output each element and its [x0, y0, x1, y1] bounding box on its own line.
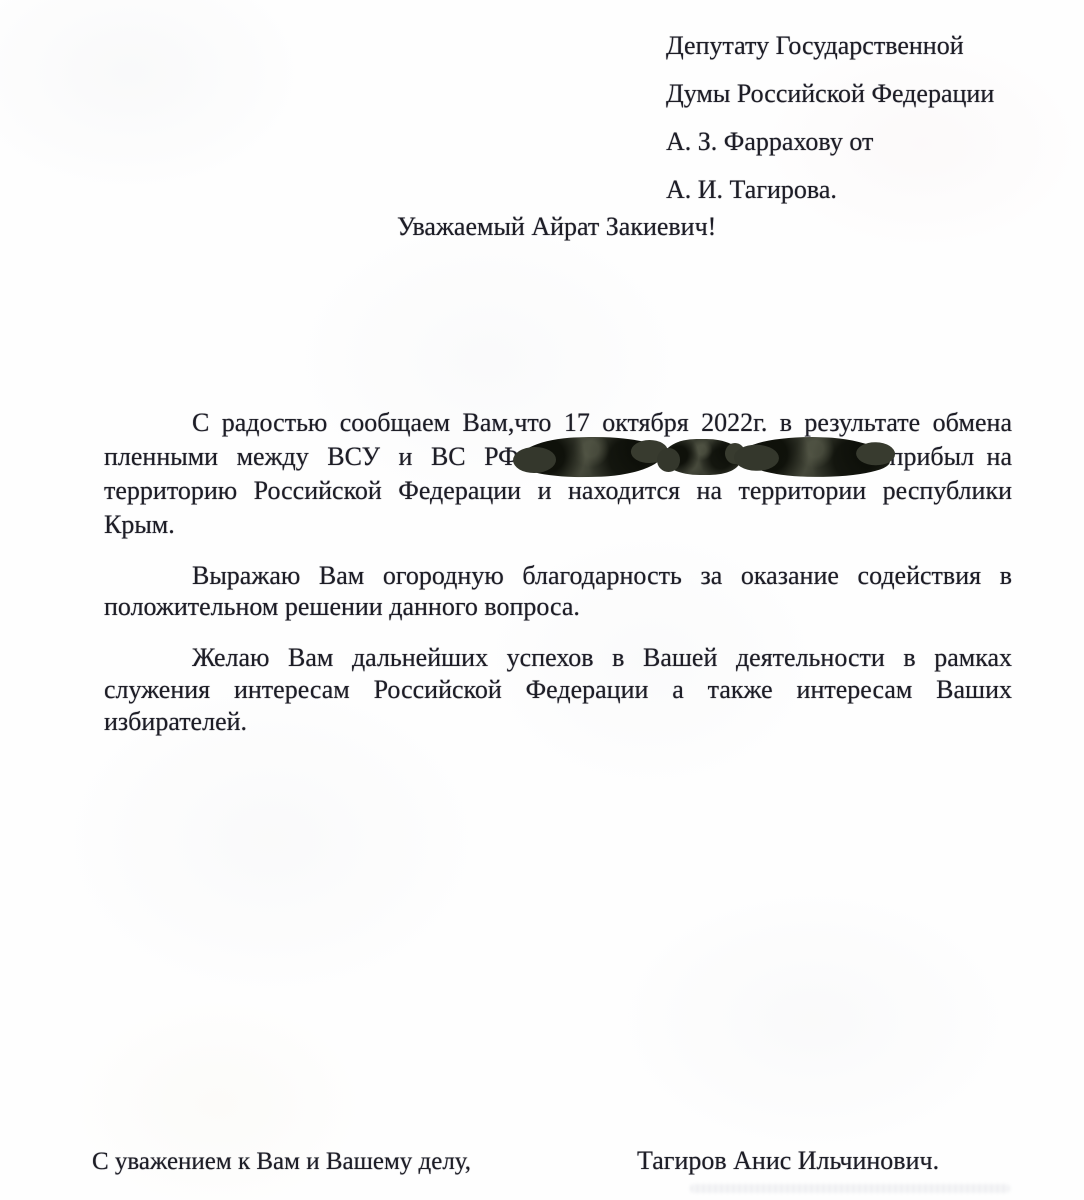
redaction-scribble-icon [518, 436, 663, 479]
body-line: С радостью сообщаем Вам,что 17 октября 2… [104, 406, 1012, 440]
recipient-block: Депутату Государственной Думы Российской… [666, 22, 994, 214]
closing-respect-line: С уважением к Вам и Вашему делу, [92, 1148, 471, 1176]
body-line: избирателей. [104, 706, 1012, 738]
salutation: Уважаемый Айрат Закиевич! [397, 212, 716, 242]
recipient-line-2: Думы Российской Федерации [666, 70, 994, 118]
signature-name: Тагиров Анис Ильчинович. [637, 1146, 939, 1176]
body-line: Выражаю Вам огородную благодарность за о… [104, 560, 1012, 591]
redaction-scribble-icon [739, 435, 890, 478]
redaction-scribble-icon [663, 439, 740, 475]
recipient-line-3: А. З. Фаррахову от [666, 118, 994, 166]
redacted-line: пленными между ВСУ и ВС РФ прибыл на [104, 440, 1012, 474]
recipient-line-1: Депутату Государственной [666, 22, 994, 70]
body-line-segment: пленными между ВСУ и ВС РФ [104, 440, 519, 474]
scan-artifact-smudge [690, 1184, 1010, 1193]
body-line: Крым. [104, 508, 1012, 542]
paragraph-gratitude: Выражаю Вам огородную благодарность за о… [104, 560, 1012, 622]
body-line: Желаю Вам дальнейших успехов в Вашей дея… [104, 642, 1012, 674]
body-line-segment: прибыл на [890, 440, 1012, 474]
scanned-letter-page: Депутату Государственной Думы Российской… [0, 0, 1084, 1200]
body-line: положительном решении данного вопроса. [104, 591, 1012, 622]
recipient-line-4: А. И. Тагирова. [666, 166, 994, 214]
paragraph-exchange-news: С радостью сообщаем Вам,что 17 октября 2… [104, 406, 1012, 542]
letter-content: Депутату Государственной Думы Российской… [0, 0, 1084, 1200]
body-line: служения интересам Российской Федерации … [104, 674, 1012, 706]
body-line: территорию Российской Федерации и находи… [104, 474, 1012, 508]
paragraph-wishes: Желаю Вам дальнейших успехов в Вашей дея… [104, 642, 1012, 738]
